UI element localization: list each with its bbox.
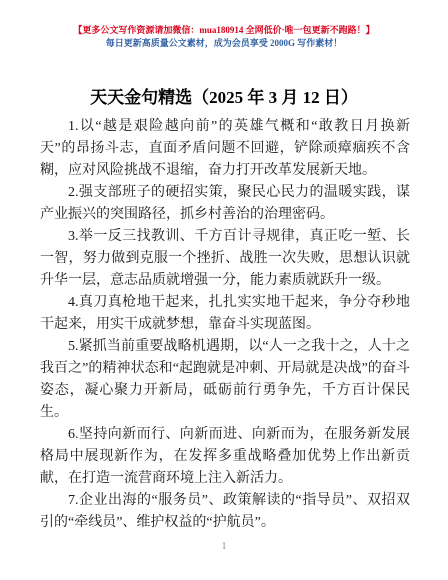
header-promo-line2: 每日更新高质量公文素材，成为会员享受 2000G 写作素材！ bbox=[0, 37, 448, 50]
page-number: 1 bbox=[222, 541, 227, 552]
page-header: 【更多公文写作资源请加微信：mua180914 全网低价·唯一包更新不跑路！】 … bbox=[0, 0, 448, 50]
document-body: 1.以“越是艰险越向前”的英雄气概和“敢教日月换新天”的昂扬斗志，直面矛盾问题不… bbox=[0, 116, 448, 534]
paragraph-4: 4.真刀真枪地干起来，扎扎实实地干起来，争分夺秒地干起来，用实干成就梦想，靠奋斗… bbox=[40, 292, 410, 336]
paragraph-6: 6.坚持向新而行、向新而进、向新而为，在服务新发展格局中展现新作为，在发挥多重战… bbox=[40, 424, 410, 490]
paragraph-5: 5.紧抓当前重要战略机遇期，以“人一之我十之，人十之我百之”的精神状态和“起跑就… bbox=[40, 336, 410, 424]
document-page: 【更多公文写作资源请加微信：mua180914 全网低价·唯一包更新不跑路！】 … bbox=[0, 0, 448, 580]
paragraph-3: 3.举一反三找教训、千方百计寻规律，真正吃一堑、长一智，努力做到克服一个挫折、战… bbox=[40, 226, 410, 292]
paragraph-1: 1.以“越是艰险越向前”的英雄气概和“敢教日月换新天”的昂扬斗志，直面矛盾问题不… bbox=[40, 116, 410, 182]
header-promo-line1: 【更多公文写作资源请加微信：mua180914 全网低价·唯一包更新不跑路！】 bbox=[0, 24, 448, 37]
paragraph-2: 2.强支部班子的硬招实策，聚民心民力的温暖实践，谋产业振兴的突围路径，抓乡村善治… bbox=[40, 182, 410, 226]
document-title: 天天金句精选（2025 年 3 月 12 日） bbox=[0, 83, 448, 108]
page-footer: 1 bbox=[0, 536, 448, 554]
paragraph-7: 7.企业出海的“服务员”、政策解读的“指导员”、双招双引的“牵线员”、维护权益的… bbox=[40, 490, 410, 534]
